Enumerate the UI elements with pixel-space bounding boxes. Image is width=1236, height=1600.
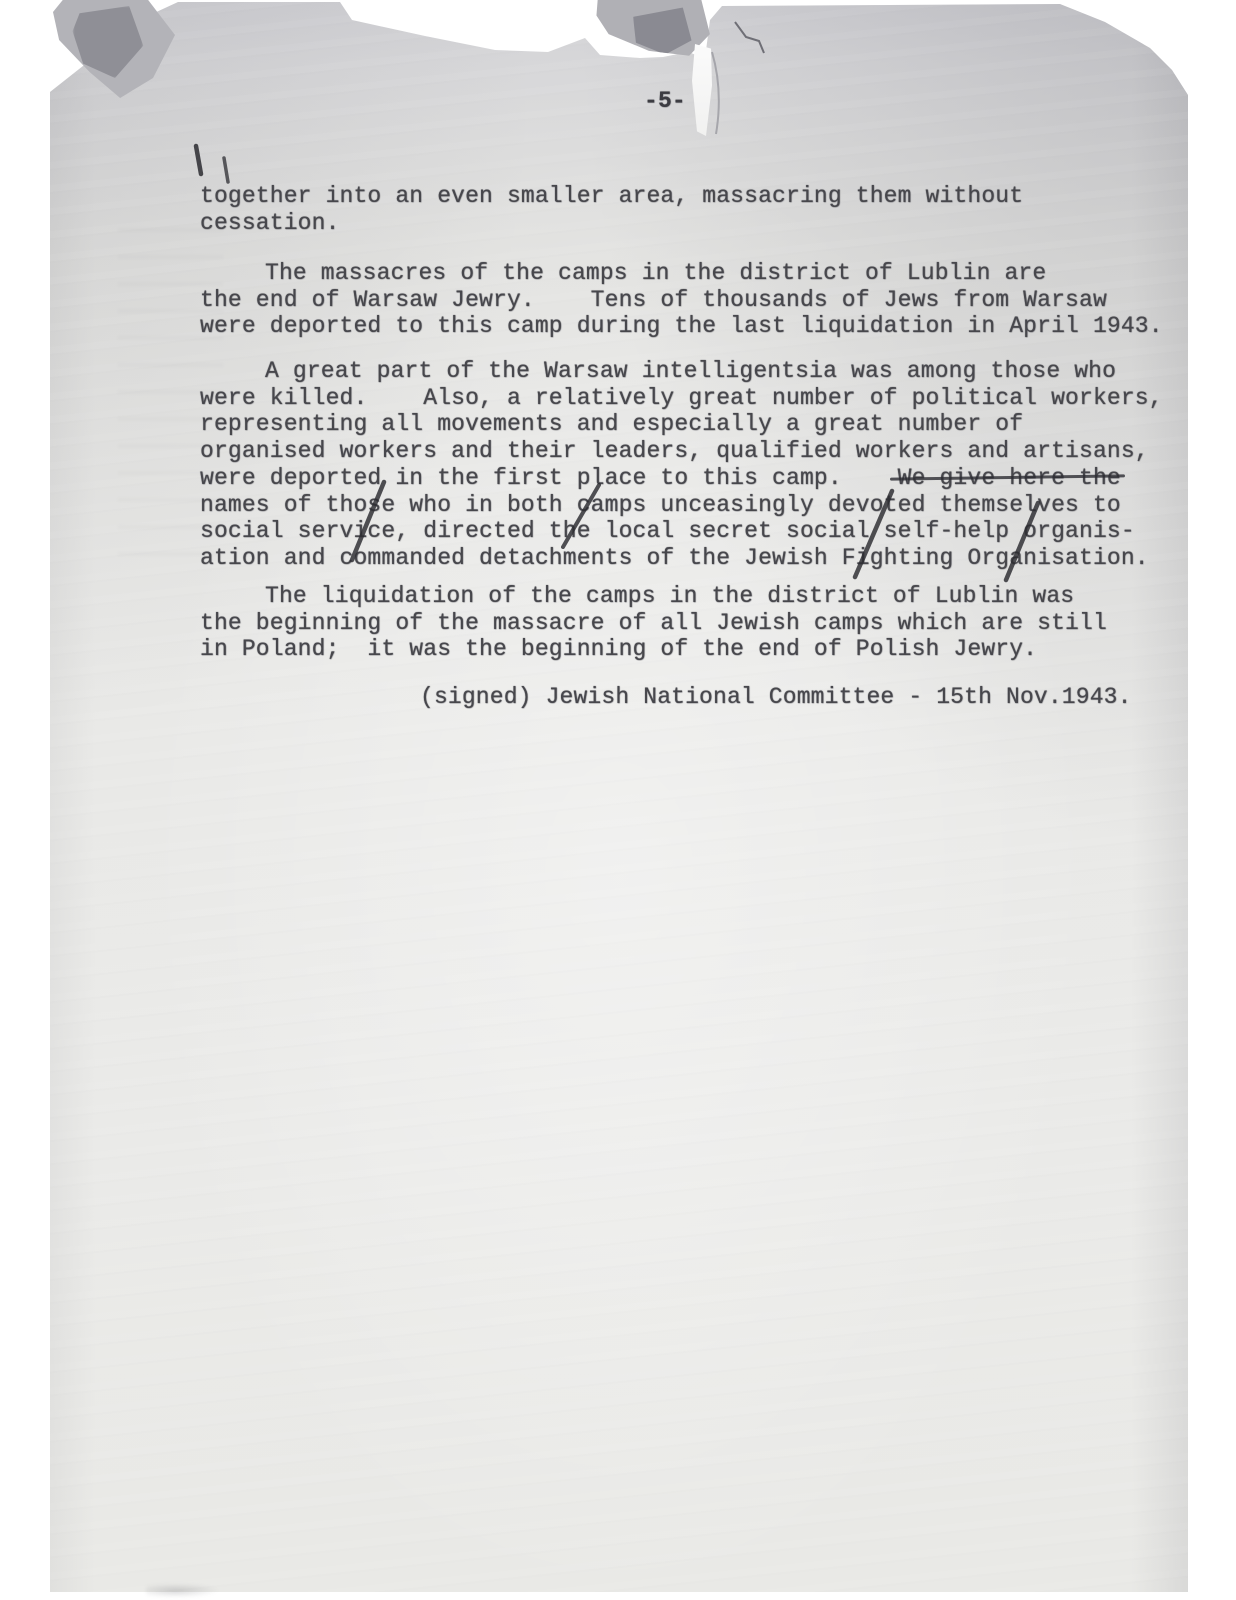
text-line: A great part of the Warsaw intelligentsi… <box>200 358 1163 385</box>
paragraph-1: together into an even smaller area, mass… <box>200 183 1023 236</box>
text-line: the beginning of the massacre of all Jew… <box>200 610 1107 637</box>
text-line: organised workers and their leaders, qua… <box>200 438 1163 465</box>
text-line-with-strikethrough: were deported in the first place to this… <box>200 465 1163 492</box>
text-line: in Poland; it was the beginning of the e… <box>200 636 1107 663</box>
page-number: -5- <box>644 88 686 115</box>
text-line: were killed. Also, a relatively great nu… <box>200 385 1163 412</box>
text-line: representing all movements and especiall… <box>200 411 1163 438</box>
struck-out-text: We give here the <box>898 465 1121 492</box>
text-line: the end of Warsaw Jewry. Tens of thousan… <box>200 287 1163 314</box>
text-line: were deported to this camp during the la… <box>200 313 1163 340</box>
scanned-document-page: -5- together into an even smaller area, … <box>0 0 1236 1600</box>
text-line: The massacres of the camps in the distri… <box>200 260 1163 287</box>
text-segment: were deported in the first place to this… <box>200 465 898 491</box>
text-line: together into an even smaller area, mass… <box>200 183 1023 210</box>
signature-line: (signed) Jewish National Committee - 15t… <box>420 684 1132 711</box>
text-line: ation and commanded detachments of the J… <box>200 545 1163 572</box>
text-line: The liquidation of the camps in the dist… <box>200 583 1107 610</box>
paragraph-4: The liquidation of the camps in the dist… <box>200 583 1107 663</box>
text-line: names of those who in both camps unceasi… <box>200 492 1163 519</box>
paragraph-2: The massacres of the camps in the distri… <box>200 260 1163 340</box>
paragraph-3: A great part of the Warsaw intelligentsi… <box>200 358 1163 572</box>
text-line: cessation. <box>200 210 1023 237</box>
pencil-smudge <box>146 1583 220 1598</box>
text-line: social service, directed the local secre… <box>200 518 1163 545</box>
